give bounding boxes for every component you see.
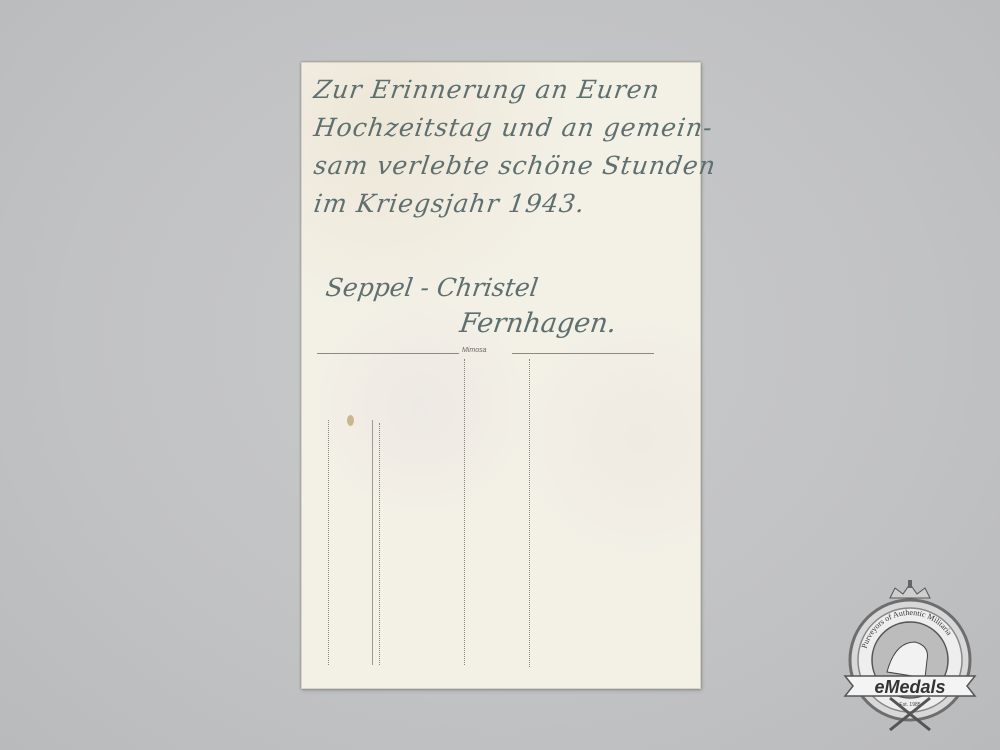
message-line-3: sam verlebte schöne Stunden [311, 147, 696, 185]
dotted-line-1 [328, 420, 329, 665]
postcard-reverse: Zur Erinnerung an Euren Hochzeitstag und… [301, 62, 701, 689]
paper-stain [347, 415, 354, 426]
divider-right [512, 353, 654, 354]
dotted-line-center-1 [464, 359, 465, 665]
message-line-4: im Kriegsjahr 1943. [311, 185, 696, 223]
handwritten-message: Zur Erinnerung an Euren Hochzeitstag und… [314, 71, 694, 223]
svg-text:eMedals: eMedals [874, 677, 945, 697]
message-line-2: Hochzeitstag und an gemein- [311, 109, 696, 147]
dotted-line-center-2 [529, 359, 530, 667]
signature-names: Seppel - Christel [324, 273, 540, 302]
solid-line [372, 420, 373, 665]
signature-surname: Fernhagen. [458, 308, 619, 339]
publisher-mark: Mimosa [462, 347, 487, 354]
message-line-1: Zur Erinnerung an Euren [311, 71, 696, 109]
dotted-line-2 [379, 423, 380, 665]
emedals-logo-icon: eMedals Purveyors of Authentic Militaria… [835, 580, 985, 735]
divider-left [317, 353, 459, 354]
